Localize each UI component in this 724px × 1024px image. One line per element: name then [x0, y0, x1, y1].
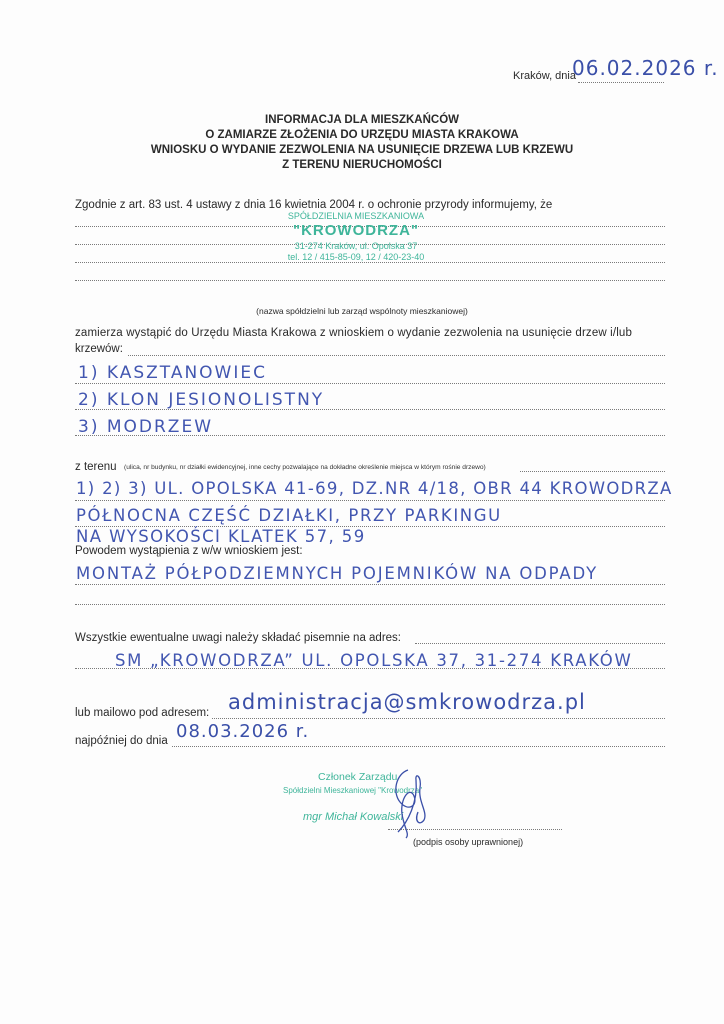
deadline-label: najpóźniej do dnia: [75, 735, 168, 747]
stamp-line-1: SPÓŁDZIELNIA MIESZKANIOWA: [0, 211, 718, 221]
reason-line-2: [75, 604, 665, 605]
date-handwritten: 06.02.2026 r.: [572, 56, 719, 80]
document-page: Kraków, dnia 06.02.2026 r. INFORMACJA DL…: [0, 0, 724, 1024]
signature-line: [388, 829, 562, 830]
email-line: [212, 718, 665, 719]
signature-caption: (podpis osoby uprawnionej): [413, 837, 523, 847]
reason-value: MONTAŻ PÓŁPODZIEMNYCH POJEMNIKÓW NA ODPA…: [76, 564, 598, 583]
stamp-line-3: 31-274 Kraków, ul. Opolska 37: [0, 241, 718, 251]
location-line-1-text: 1) 2) 3) UL. OPOLSKA 41-69, DZ.NR 4/18, …: [76, 479, 673, 498]
remarks-label: Wszystkie ewentualne uwagi należy składa…: [75, 632, 401, 644]
deadline-line: [172, 746, 665, 747]
legal-basis-text: Zgodnie z art. 83 ust. 4 ustawy z dnia 1…: [75, 199, 552, 211]
intent-text-line-1: zamierza wystąpić do Urzędu Miasta Krako…: [75, 327, 632, 339]
location-hint: (ulica, nr budynku, nr działki ewidencyj…: [124, 464, 486, 471]
name-line-3: [75, 262, 665, 263]
title-line-2: O ZAMIARZE ZŁOŻENIA DO URZĘDU MIASTA KRA…: [0, 129, 724, 141]
title-line-4: Z TERENU NIERUCHOMOŚCI: [0, 159, 724, 171]
tree-item-3: 3) MODRZEW: [78, 417, 213, 437]
location-label: z terenu: [75, 461, 117, 473]
location-line-1: [75, 500, 665, 501]
trees-line-1: [75, 383, 665, 384]
name-caption: (nazwa spółdzielni lub zarząd wspólnoty …: [0, 306, 724, 316]
title-line-3: WNIOSKU O WYDANIE ZEZWOLENIA NA USUNIĘCI…: [0, 144, 724, 156]
tree-item-1: 1) KASZTANOWIEC: [78, 363, 267, 383]
tree-item-2: 2) KLON JESIONOLISTNY: [78, 390, 324, 410]
reason-label: Powodem wystąpienia z w/w wnioskiem jest…: [75, 545, 303, 557]
date-dotted-line: [578, 82, 664, 83]
location-line-3-text: NA WYSOKOŚCI KLATEK 57, 59: [76, 527, 366, 546]
stamp-line-2: "KROWODRZA": [0, 222, 718, 239]
location-line-2-text: PÓŁNOCNA CZĘŚĆ DZIAŁKI, PRZY PARKINGU: [76, 506, 502, 525]
reason-line-1: [75, 584, 665, 585]
title-line-1: INFORMACJA DLA MIESZKAŃCÓW: [0, 114, 724, 126]
place-label: Kraków, dnia: [513, 70, 576, 82]
email-label: lub mailowo pod adresem:: [75, 707, 209, 719]
email-value: administracja@smkrowodrza.pl: [228, 690, 586, 714]
remarks-address: SM „KROWODRZA” UL. OPOLSKA 37, 31-274 KR…: [115, 651, 633, 670]
handwritten-signature-icon: [378, 762, 438, 842]
stamp-line-4: tel. 12 / 415-85-09, 12 / 420-23-40: [0, 252, 718, 262]
remarks-line-0: [415, 643, 665, 644]
intent-text-line-2: krzewów:: [75, 343, 123, 355]
name-line-4: [75, 280, 665, 281]
trees-line-0: [128, 355, 665, 356]
location-line-0: [520, 471, 665, 472]
deadline-value: 08.03.2026 r.: [176, 721, 309, 742]
